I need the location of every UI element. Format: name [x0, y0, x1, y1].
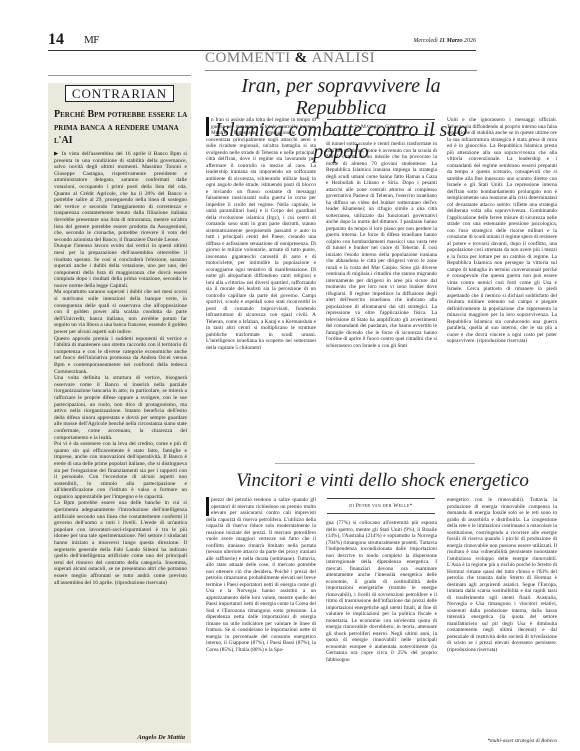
newspaper-logo: MF [84, 34, 99, 46]
page-number: 14 [48, 31, 64, 49]
article-energy-column-3: energetico con le rinnovabili). Tuttavia… [447, 497, 557, 737]
section-heading: COMMENTI & ANALISI [205, 49, 477, 71]
sidebar-top-rule [48, 75, 191, 76]
author-footnote: *multi-asset strategist di Robeco [447, 738, 557, 745]
drop-cap [206, 117, 209, 136]
issue-date: Mercoledì 11 Marzo 2026 [413, 38, 476, 44]
article-energy-column-2: gna (77%) si collocano all'estremità più… [326, 520, 437, 747]
article-title-energy: Vincitori e vinti dello shock energetico [205, 470, 560, 492]
contrarian-column: CONTRARIAN Perché Bpm potrebbe essere la… [48, 83, 191, 743]
article-iran-column-3: Uniti e che ignorassero i messaggi uffic… [447, 117, 557, 457]
article-iran-byline: di Mariano Giustino [327, 119, 435, 135]
column-label: CONTRARIAN [65, 85, 174, 102]
page-header: 14 MF Mercoledì 11 Marzo 2026 [48, 30, 476, 51]
column-title: Perché Bpm potrebbe essere la prima banc… [54, 108, 189, 147]
article-divider [275, 463, 475, 464]
drop-cap [206, 497, 209, 516]
article-iran-column-1: n Iran si assiste alla lotta del regime … [206, 117, 316, 457]
article-energy-byline: di Peter van der Welle* [327, 498, 435, 514]
author-signature: Angelo De Mattia [137, 734, 185, 741]
column-body: ▶ In vista dell'assemblea del 16 aprile … [54, 151, 187, 586]
article-energy-column-1: prezzi del petrolio tendono a salire qua… [206, 497, 316, 747]
article-iran-column-2: di tunnel sotto scuole e centri medici t… [326, 141, 437, 457]
